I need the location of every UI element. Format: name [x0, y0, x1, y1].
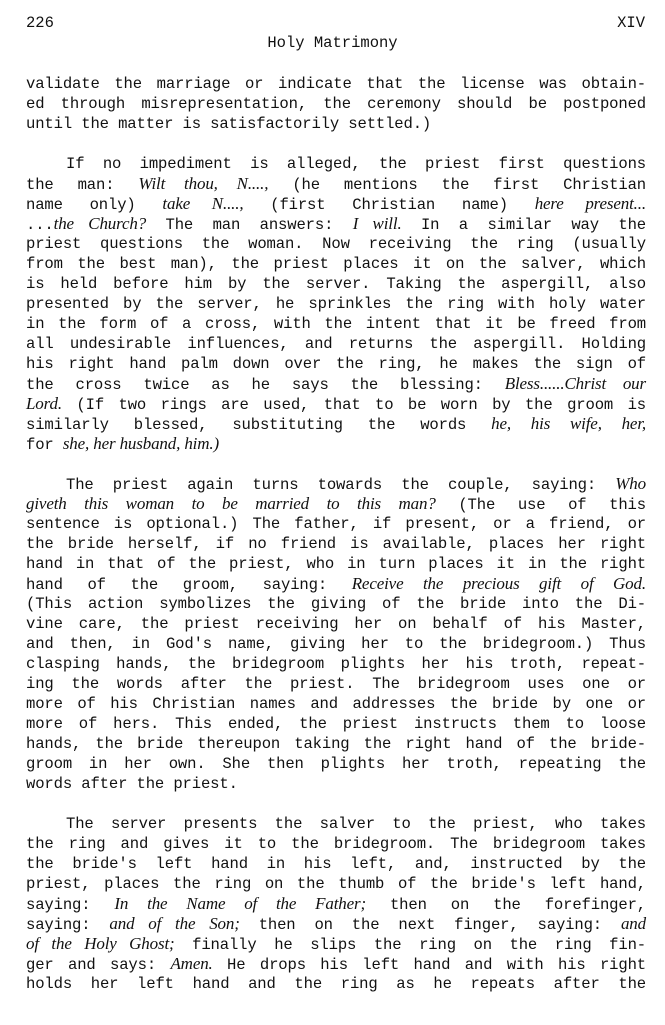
text: the man: [26, 176, 138, 194]
text-line: groom in her own. She then plights her t… [26, 754, 646, 774]
paragraph: The priest again turns towards the coupl… [26, 474, 646, 794]
text-line: of the Holy Ghost; finally he slips the … [26, 934, 646, 954]
text: more of hers. This ended, the priest ins… [26, 715, 646, 733]
text: (The use of this [436, 496, 646, 514]
text: priest questions the woman. Now receivin… [26, 235, 646, 253]
text-line: similarly blessed, substituting the word… [26, 414, 646, 434]
text-line: The server presents the salver to the pr… [26, 814, 646, 834]
text-line: hand of the groom, saying: Receive the p… [26, 574, 646, 594]
text: ger and says: [26, 956, 170, 974]
text-line: ing the words after the priest. The brid… [26, 674, 646, 694]
text-line: saying: In the Name of the Father; then … [26, 894, 646, 914]
text: name only) [26, 196, 162, 214]
text: ing the words after the priest. The brid… [26, 675, 646, 693]
text-line: from the best man), the priest places it… [26, 254, 646, 274]
text: sentence is optional.) The father, if pr… [26, 515, 646, 533]
text: priest, places the ring on the thumb of … [26, 875, 646, 893]
text: ed through misrepresentation, the ceremo… [26, 95, 646, 113]
text: hand in that of the priest, who in turn … [26, 555, 646, 573]
text: presented by the server, he sprinkles th… [26, 295, 646, 313]
text: more of his Christian names and addresse… [26, 695, 646, 713]
text: (first Christian name) [243, 196, 534, 214]
paragraph: The server presents the salver to the pr… [26, 814, 646, 994]
text-line: the man: Wilt thou, N...., (he mentions … [26, 174, 646, 194]
italic-text: the Church? [54, 214, 146, 233]
text: all undesirable influences, and returns … [26, 335, 646, 353]
text-line: holds her left hand and the ring as he r… [26, 974, 646, 994]
text: (he mentions the first Christian [268, 176, 646, 194]
text-line: presented by the server, he sprinkles th… [26, 294, 646, 314]
text: finally he slips the ring on the ring fi… [175, 936, 646, 954]
text-line: all undesirable influences, and returns … [26, 334, 646, 354]
italic-text: I will. [353, 214, 402, 233]
text-line: hand in that of the priest, who in turn … [26, 554, 646, 574]
italic-text: Wilt thou, N...., [138, 174, 268, 193]
text: then on the forefinger, [366, 896, 646, 914]
text-line: If no impediment is alleged, the priest … [26, 154, 646, 174]
text: words after the priest. [26, 775, 238, 793]
italic-text: she, her husband, him.) [63, 434, 219, 453]
italic-text: here present... [535, 194, 646, 213]
text: holds her left hand and the ring as he r… [26, 975, 646, 993]
italic-text: Receive the precious gift of God. [352, 574, 646, 593]
text-line: for she, her husband, him.) [26, 434, 646, 454]
text-line: the cross twice as he says the blessing:… [26, 374, 646, 394]
text: clasping hands, the bridegroom plights h… [26, 655, 646, 673]
text-line: more of hers. This ended, the priest ins… [26, 714, 646, 734]
italic-text: and [621, 914, 646, 933]
text-line: ed through misrepresentation, the ceremo… [26, 94, 646, 114]
text: the bride's left hand in his left, and, … [26, 855, 646, 873]
italic-text: Bless......Christ our [505, 374, 646, 393]
text: The priest again turns towards the coupl… [66, 476, 615, 494]
text-line: until the matter is satisfactorily settl… [26, 114, 646, 134]
text-line: his right hand palm down over the ring, … [26, 354, 646, 374]
text-line: the bride herself, if no friend is avail… [26, 534, 646, 554]
text: the bride herself, if no friend is avail… [26, 535, 646, 553]
text: groom in her own. She then plights her t… [26, 755, 646, 773]
text-line: validate the marriage or indicate that t… [26, 74, 646, 94]
text: validate the marriage or indicate that t… [26, 75, 646, 93]
italic-text: In the Name of the Father; [114, 894, 366, 913]
body-text: validate the marriage or indicate that t… [26, 74, 646, 1014]
paragraph: validate the marriage or indicate that t… [26, 74, 646, 134]
italic-text: Amen. [170, 954, 212, 973]
text: and then, in God's name, giving her to t… [26, 635, 646, 653]
text: the cross twice as he says the blessing: [26, 376, 505, 394]
text-line: is held before him by the server. Taking… [26, 274, 646, 294]
text-line: more of his Christian names and addresse… [26, 694, 646, 714]
text: is held before him by the server. Taking… [26, 275, 646, 293]
text-line: vine care, the priest receiving her on b… [26, 614, 646, 634]
text: similarly blessed, substituting the word… [26, 416, 491, 434]
text: then on the next finger, saying: [240, 916, 621, 934]
text-line: giveth this woman to be married to this … [26, 494, 646, 514]
italic-text: Lord. [26, 394, 62, 413]
text: He drops his left hand and with his righ… [213, 956, 646, 974]
page-number: 226 [26, 14, 54, 32]
italic-text: Who [615, 474, 646, 493]
text: vine care, the priest receiving her on b… [26, 615, 646, 633]
text-line: ...the Church? The man answers: I will. … [26, 214, 646, 234]
italic-text: of the Holy Ghost; [26, 934, 175, 953]
paragraph: If no impediment is alleged, the priest … [26, 154, 646, 454]
text: saying: [26, 896, 114, 914]
text-line: and then, in God's name, giving her to t… [26, 634, 646, 654]
text: The man answers: [146, 216, 353, 234]
text-line: name only) take N...., (first Christian … [26, 194, 646, 214]
text-line: The priest again turns towards the coupl… [26, 474, 646, 494]
text-line: hands, the bride thereupon taking the ri… [26, 734, 646, 754]
text-line: words after the priest. [26, 774, 646, 794]
text-line: ger and says: Amen. He drops his left ha… [26, 954, 646, 974]
italic-text: giveth this woman to be married to this … [26, 494, 436, 513]
text: The server presents the salver to the pr… [66, 815, 646, 833]
text: hands, the bride thereupon taking the ri… [26, 735, 646, 753]
text-line: (This action symbolizes the giving of th… [26, 594, 646, 614]
text: his right hand palm down over the ring, … [26, 355, 646, 373]
running-title: Holy Matrimony [0, 34, 665, 52]
text-line: the bride's left hand in his left, and, … [26, 854, 646, 874]
text: until the matter is satisfactorily settl… [26, 115, 431, 133]
text: In a similar way the [402, 216, 646, 234]
text: from the best man), the priest places it… [26, 255, 646, 273]
italic-text: and of the Son; [109, 914, 239, 933]
text-line: Lord. (If two rings are used, that to be… [26, 394, 646, 414]
italic-text: he, his wife, her, [491, 414, 646, 433]
text: (This action symbolizes the giving of th… [26, 595, 646, 613]
text-line: in the form of a cross, with the intent … [26, 314, 646, 334]
text: ... [26, 216, 54, 234]
text-line: the ring and gives it to the bridegroom.… [26, 834, 646, 854]
text: the ring and gives it to the bridegroom.… [26, 835, 646, 853]
text-line: sentence is optional.) The father, if pr… [26, 514, 646, 534]
text: (If two rings are used, that to be worn … [62, 396, 646, 414]
text-line: clasping hands, the bridegroom plights h… [26, 654, 646, 674]
chapter-number: XIV [617, 14, 645, 32]
text-line: saying: and of the Son; then on the next… [26, 914, 646, 934]
text: for [26, 436, 63, 454]
text: hand of the groom, saying: [26, 576, 352, 594]
text: If no impediment is alleged, the priest … [66, 155, 646, 173]
text-line: priest, places the ring on the thumb of … [26, 874, 646, 894]
text-line: priest questions the woman. Now receivin… [26, 234, 646, 254]
text: saying: [26, 916, 109, 934]
italic-text: take N...., [162, 194, 243, 213]
text: in the form of a cross, with the intent … [26, 315, 646, 333]
